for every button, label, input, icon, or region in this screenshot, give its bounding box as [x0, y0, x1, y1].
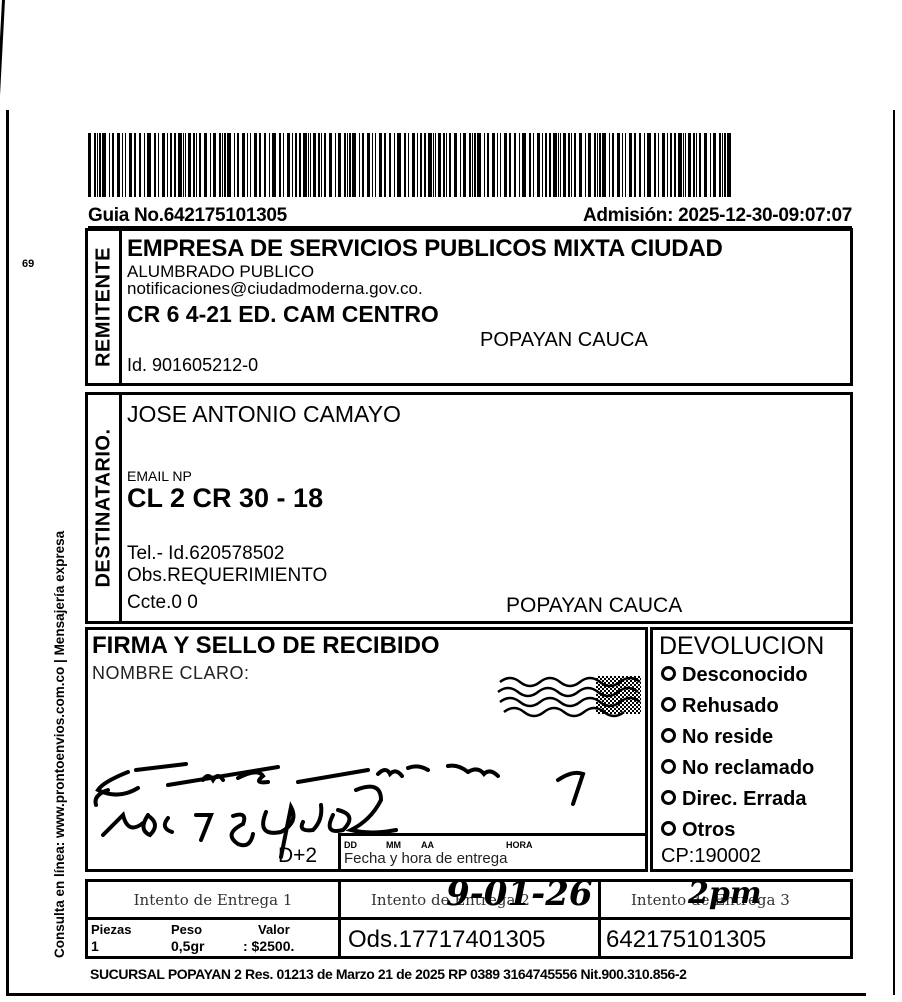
- firma-section: FIRMA Y SELLO DE RECIBIDO NOMBRE CLARO:: [85, 627, 648, 872]
- devolucion-option-label: Direc. Errada: [682, 788, 807, 810]
- intento-1: Intento de Entrega 1: [88, 882, 338, 917]
- devolucion-option[interactable]: Desconocido: [661, 664, 808, 687]
- fecha-header-dd: DD: [344, 840, 357, 850]
- footer-sucursal: SUCURSAL POPAYAN 2 Res. 01213 de Marzo 2…: [90, 966, 687, 982]
- sender-email: notificaciones@ciudadmoderna.gov.co.: [127, 279, 423, 299]
- devolucion-option-label: No reclamado: [682, 757, 814, 779]
- radio-circle-icon[interactable]: [661, 821, 676, 836]
- peso-value: 0,5gr: [171, 938, 204, 954]
- paper-edge-bottom: [6, 993, 866, 996]
- handwritten-date: 9-01-26: [446, 874, 593, 914]
- sender-id: Id. 901605212-0: [127, 355, 258, 376]
- devolucion-option[interactable]: No reside: [661, 726, 773, 749]
- piezas-value: 1: [91, 938, 99, 954]
- handwritten-time: 2pm: [688, 876, 762, 911]
- devolucion-option[interactable]: No reclamado: [661, 757, 814, 780]
- paper-edge-right: [893, 110, 895, 995]
- service-code: D+2: [278, 844, 317, 868]
- recipient-name: JOSE ANTONIO CAMAYO: [127, 401, 401, 428]
- admision-timestamp: Admisión: 2025-12-30-09:07:07: [583, 205, 852, 227]
- fecha-entrega-box: DD MM AA HORA Fecha y hora de entrega: [338, 833, 648, 872]
- destinatario-label: DESTINATARIO.: [88, 395, 122, 621]
- paper-edge-left: [0, 0, 5, 115]
- recipient-ccte: Ccte.0 0: [127, 592, 198, 614]
- stamp-mark-icon: [496, 670, 646, 720]
- recipient-city: POPAYAN CAUCA: [506, 594, 682, 618]
- valor-label: Valor: [258, 922, 290, 937]
- devolucion-option-label: No reside: [682, 726, 773, 748]
- radio-circle-icon[interactable]: [661, 666, 676, 681]
- sender-address: CR 6 4-21 ED. CAM CENTRO: [127, 301, 439, 328]
- devolucion-section: DEVOLUCION DesconocidoRehusadoNo resideN…: [650, 627, 853, 872]
- vertical-website-text: Consulta en línea: www.prontoenvios.com.…: [52, 531, 67, 958]
- devolucion-option[interactable]: Direc. Errada: [661, 788, 807, 811]
- intentos-table: Intento de Entrega 1 Intento de Entrega …: [85, 879, 853, 959]
- devolucion-option-label: Otros: [682, 819, 735, 841]
- guia-number-bottom: 642175101305: [606, 926, 766, 954]
- guia-number: Guia No.642175101305: [88, 205, 287, 227]
- fecha-header-mm: MM: [386, 840, 401, 850]
- devolucion-option[interactable]: Otros: [661, 819, 735, 842]
- devolucion-title: DEVOLUCION: [659, 632, 824, 661]
- remitente-label: REMITENTE: [88, 231, 122, 383]
- intentos-row: Intento de Entrega 1 Intento de Entrega …: [88, 882, 850, 920]
- valor-value: : $2500.: [243, 938, 294, 954]
- barcode: [88, 133, 738, 197]
- devolucion-option-label: Desconocido: [682, 664, 808, 686]
- ods-number: Ods.17717401305: [348, 926, 546, 954]
- recipient-email: EMAIL NP: [127, 468, 192, 484]
- radio-circle-icon[interactable]: [661, 759, 676, 774]
- devolucion-cp: CP:190002: [661, 845, 761, 868]
- remitente-section: REMITENTE EMPRESA DE SERVICIOS PUBLICOS …: [85, 228, 853, 386]
- piezas-label: Piezas: [91, 922, 131, 937]
- devolucion-option-label: Rehusado: [682, 695, 779, 717]
- radio-circle-icon[interactable]: [661, 790, 676, 805]
- fecha-header-hora: HORA: [506, 840, 533, 850]
- fecha-header-aa: AA: [421, 840, 434, 850]
- fecha-label: Fecha y hora de entrega: [344, 850, 507, 867]
- devolucion-option[interactable]: Rehusado: [661, 695, 779, 718]
- peso-label: Peso: [171, 922, 202, 937]
- envio-details: Piezas 1 Peso 0,5gr Valor : $2500.: [88, 920, 338, 959]
- nombre-claro-label: NOMBRE CLARO:: [92, 663, 250, 684]
- sender-company: EMPRESA DE SERVICIOS PUBLICOS MIXTA CIUD…: [127, 235, 723, 263]
- radio-circle-icon[interactable]: [661, 728, 676, 743]
- margin-number: 69: [22, 258, 34, 270]
- paper-edge-left-lower: [6, 110, 9, 995]
- recipient-obs: Obs.REQUERIMIENTO: [127, 565, 327, 587]
- sender-city: POPAYAN CAUCA: [480, 329, 648, 352]
- firma-title: FIRMA Y SELLO DE RECIBIDO: [92, 632, 440, 660]
- radio-circle-icon[interactable]: [661, 697, 676, 712]
- recipient-address: CL 2 CR 30 - 18: [127, 483, 323, 514]
- destinatario-section: DESTINATARIO. JOSE ANTONIO CAMAYO EMAIL …: [85, 392, 853, 624]
- recipient-tel: Tel.- Id.620578502: [127, 543, 284, 565]
